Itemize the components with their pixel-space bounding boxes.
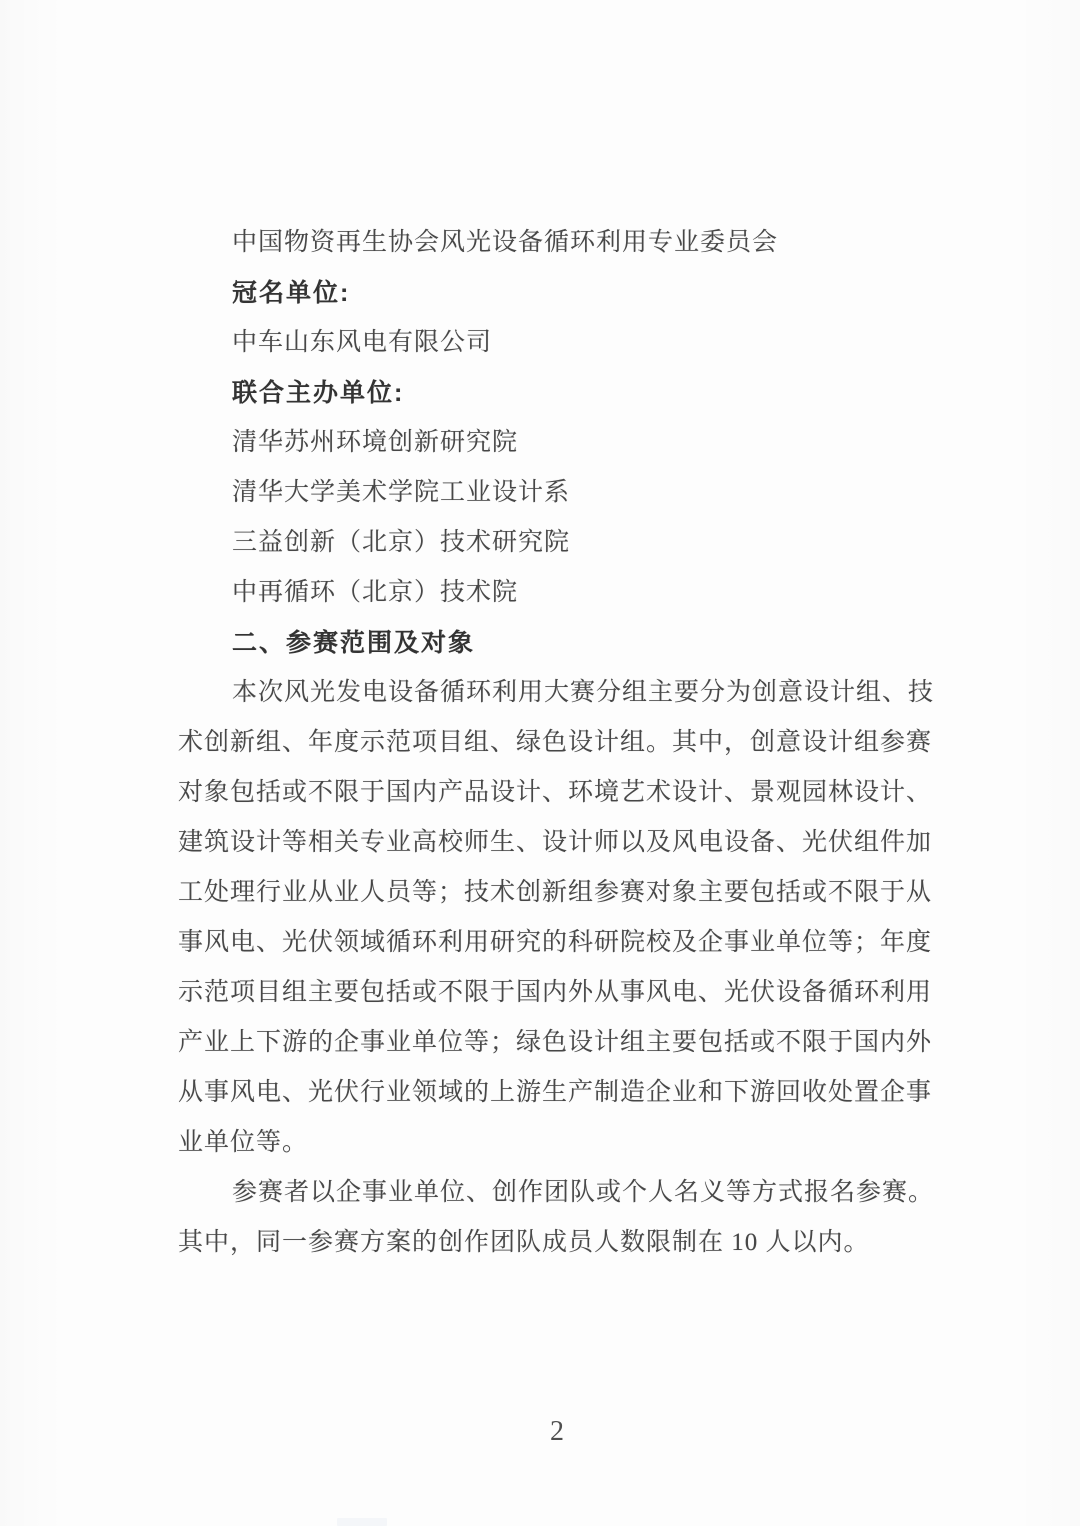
paragraph-1-line-2: 术创新组、年度示范项目组、绿色设计组。其中，创意设计组参赛 bbox=[178, 718, 936, 768]
paragraph-1-line-9: 从事风电、光伏行业领域的上游生产制造企业和下游回收处置企事 bbox=[178, 1068, 936, 1118]
paragraph-2-line-2: 其中，同一参赛方案的创作团队成员人数限制在 10 人以内。 bbox=[178, 1218, 936, 1268]
section-heading-scope: 二、参赛范围及对象 bbox=[178, 618, 936, 668]
title-sponsor-heading: 冠名单位: bbox=[178, 268, 936, 318]
paragraph-1-line-1: 本次风光发电设备循环利用大赛分组主要分为创意设计组、技 bbox=[178, 668, 936, 718]
document-page: 中国物资再生协会风光设备循环利用专业委员会 冠名单位: 中车山东风电有限公司 联… bbox=[0, 0, 1080, 1526]
co-organizer-4: 中再循环（北京）技术院 bbox=[178, 568, 936, 618]
paragraph-1-line-10: 业单位等。 bbox=[178, 1118, 936, 1168]
paragraph-1-line-7: 示范项目组主要包括或不限于国内外从事风电、光伏设备循环利用 bbox=[178, 968, 936, 1018]
paragraph-1-line-5: 工处理行业从业人员等；技术创新组参赛对象主要包括或不限于从 bbox=[178, 868, 936, 918]
paragraph-1-line-6: 事风电、光伏领域循环利用研究的科研院校及企事业单位等；年度 bbox=[178, 918, 936, 968]
co-organizer-3: 三益创新（北京）技术研究院 bbox=[178, 518, 936, 568]
paragraph-1-line-4: 建筑设计等相关专业高校师生、设计师以及风电设备、光伏组件加 bbox=[178, 818, 936, 868]
paragraph-1-line-8: 产业上下游的企事业单位等；绿色设计组主要包括或不限于国内外 bbox=[178, 1018, 936, 1068]
title-sponsor-name: 中车山东风电有限公司 bbox=[178, 318, 936, 368]
co-organizers-heading: 联合主办单位: bbox=[178, 368, 936, 418]
paragraph-2-line-1: 参赛者以企事业单位、创作团队或个人名义等方式报名参赛。 bbox=[178, 1168, 936, 1218]
document-body: 中国物资再生协会风光设备循环利用专业委员会 冠名单位: 中车山东风电有限公司 联… bbox=[178, 218, 936, 1268]
co-organizer-2: 清华大学美术学院工业设计系 bbox=[178, 468, 936, 518]
scan-artifact bbox=[337, 1518, 387, 1526]
host-organizer-name: 中国物资再生协会风光设备循环利用专业委员会 bbox=[178, 218, 936, 268]
page-number: 2 bbox=[178, 1407, 936, 1457]
paragraph-1-line-3: 对象包括或不限于国内产品设计、环境艺术设计、景观园林设计、 bbox=[178, 768, 936, 818]
co-organizer-1: 清华苏州环境创新研究院 bbox=[178, 418, 936, 468]
